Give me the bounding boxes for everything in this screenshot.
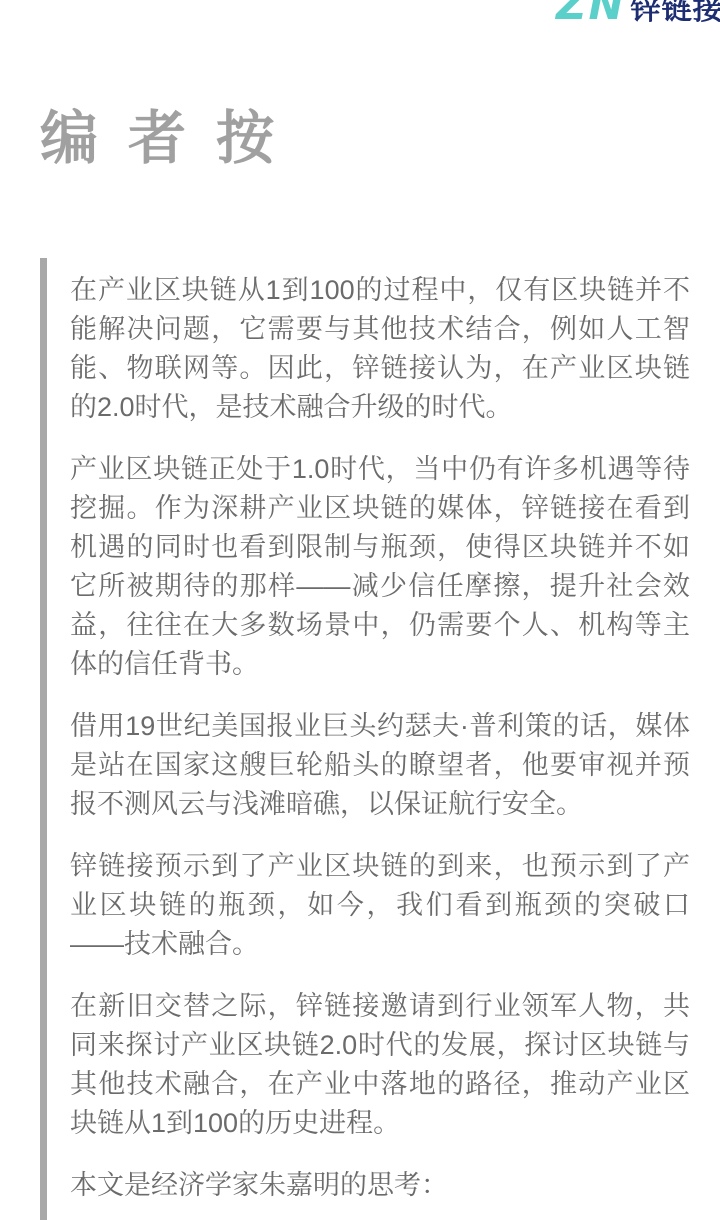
editor-note-paragraph: 锌链接预示到了产业区块链的到来，也预示到了产业区块链的瓶颈，如今，我们看到瓶颈的… <box>70 847 690 964</box>
editor-note-quote-block: 在产业区块链从1到100的过程中，仅有区块链并不能解决问题，它需要与其他技术结合… <box>40 258 690 1220</box>
editor-note-paragraph: 产业区块链正处于1.0时代，当中仍有许多机遇等待挖掘。作为深耕产业区块链的媒体，… <box>70 450 690 684</box>
editor-note-paragraph: 在新旧交替之际，锌链接邀请到行业领军人物，共同来探讨产业区块链2.0时代的发展，… <box>70 987 690 1143</box>
editor-note-paragraph: 在产业区块链从1到100的过程中，仅有区块链并不能解决问题，它需要与其他技术结合… <box>70 271 690 427</box>
brand-logo-name: 锌链接 <box>631 0 720 31</box>
editor-note-closing-line: 本文是经济学家朱嘉明的思考： <box>70 1166 690 1205</box>
brand-logo-mark-icon: ZN <box>556 0 626 26</box>
brand-logo: ZN锌链接 <box>556 0 720 31</box>
editor-note-paragraph: 借用19世纪美国报业巨头约瑟夫·普利策的话，媒体是站在国家这艘巨轮船头的瞭望者，… <box>70 707 690 824</box>
section-title: 编者按 <box>40 106 304 172</box>
